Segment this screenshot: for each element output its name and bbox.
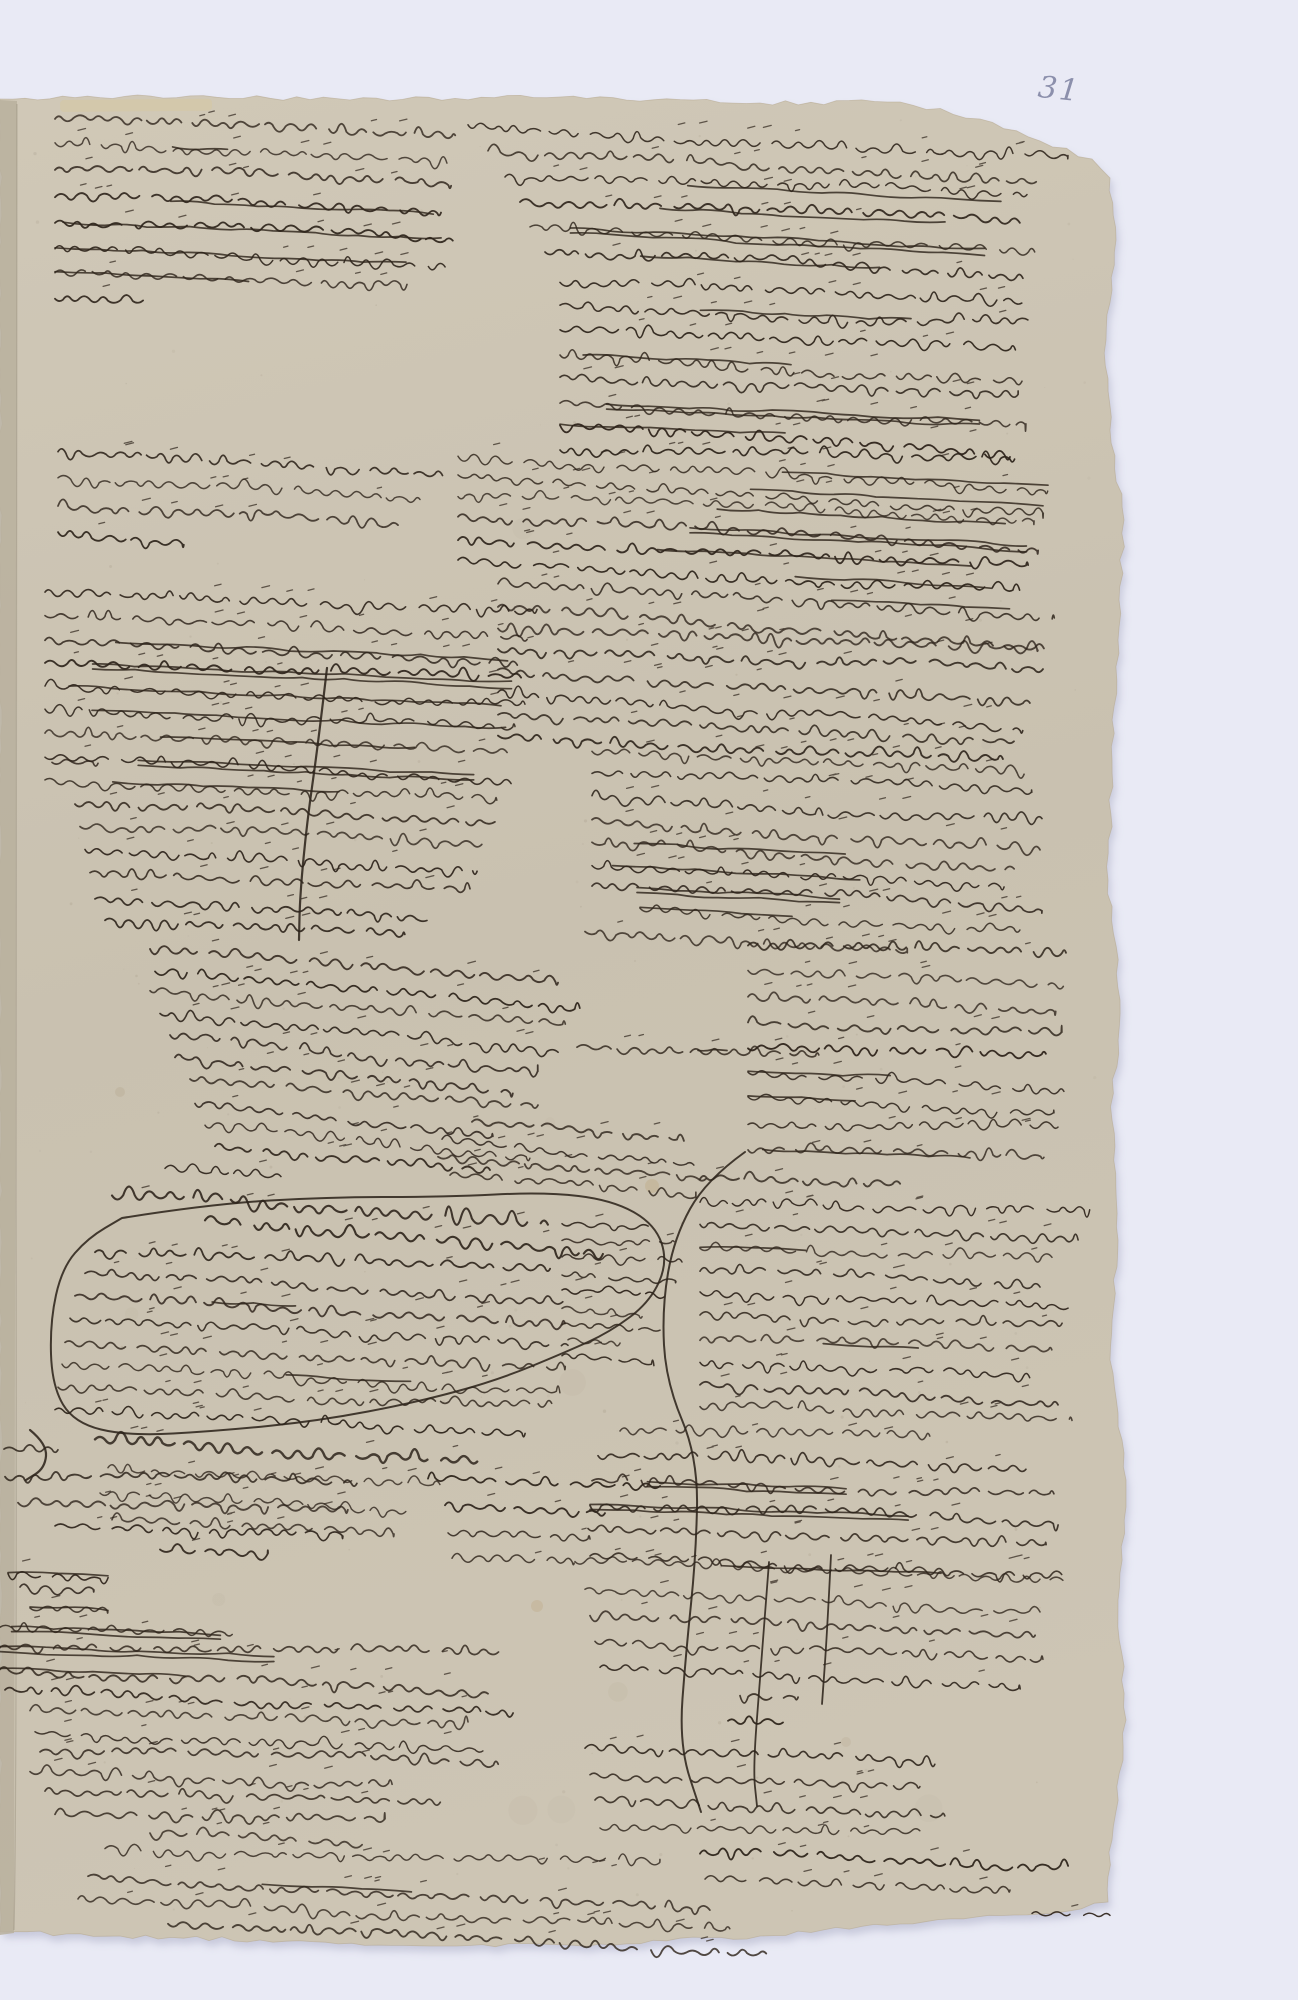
- manuscript-scan: 31: [0, 0, 1298, 2000]
- manuscript-svg: [0, 0, 1298, 2000]
- page-number: 31: [1036, 70, 1082, 109]
